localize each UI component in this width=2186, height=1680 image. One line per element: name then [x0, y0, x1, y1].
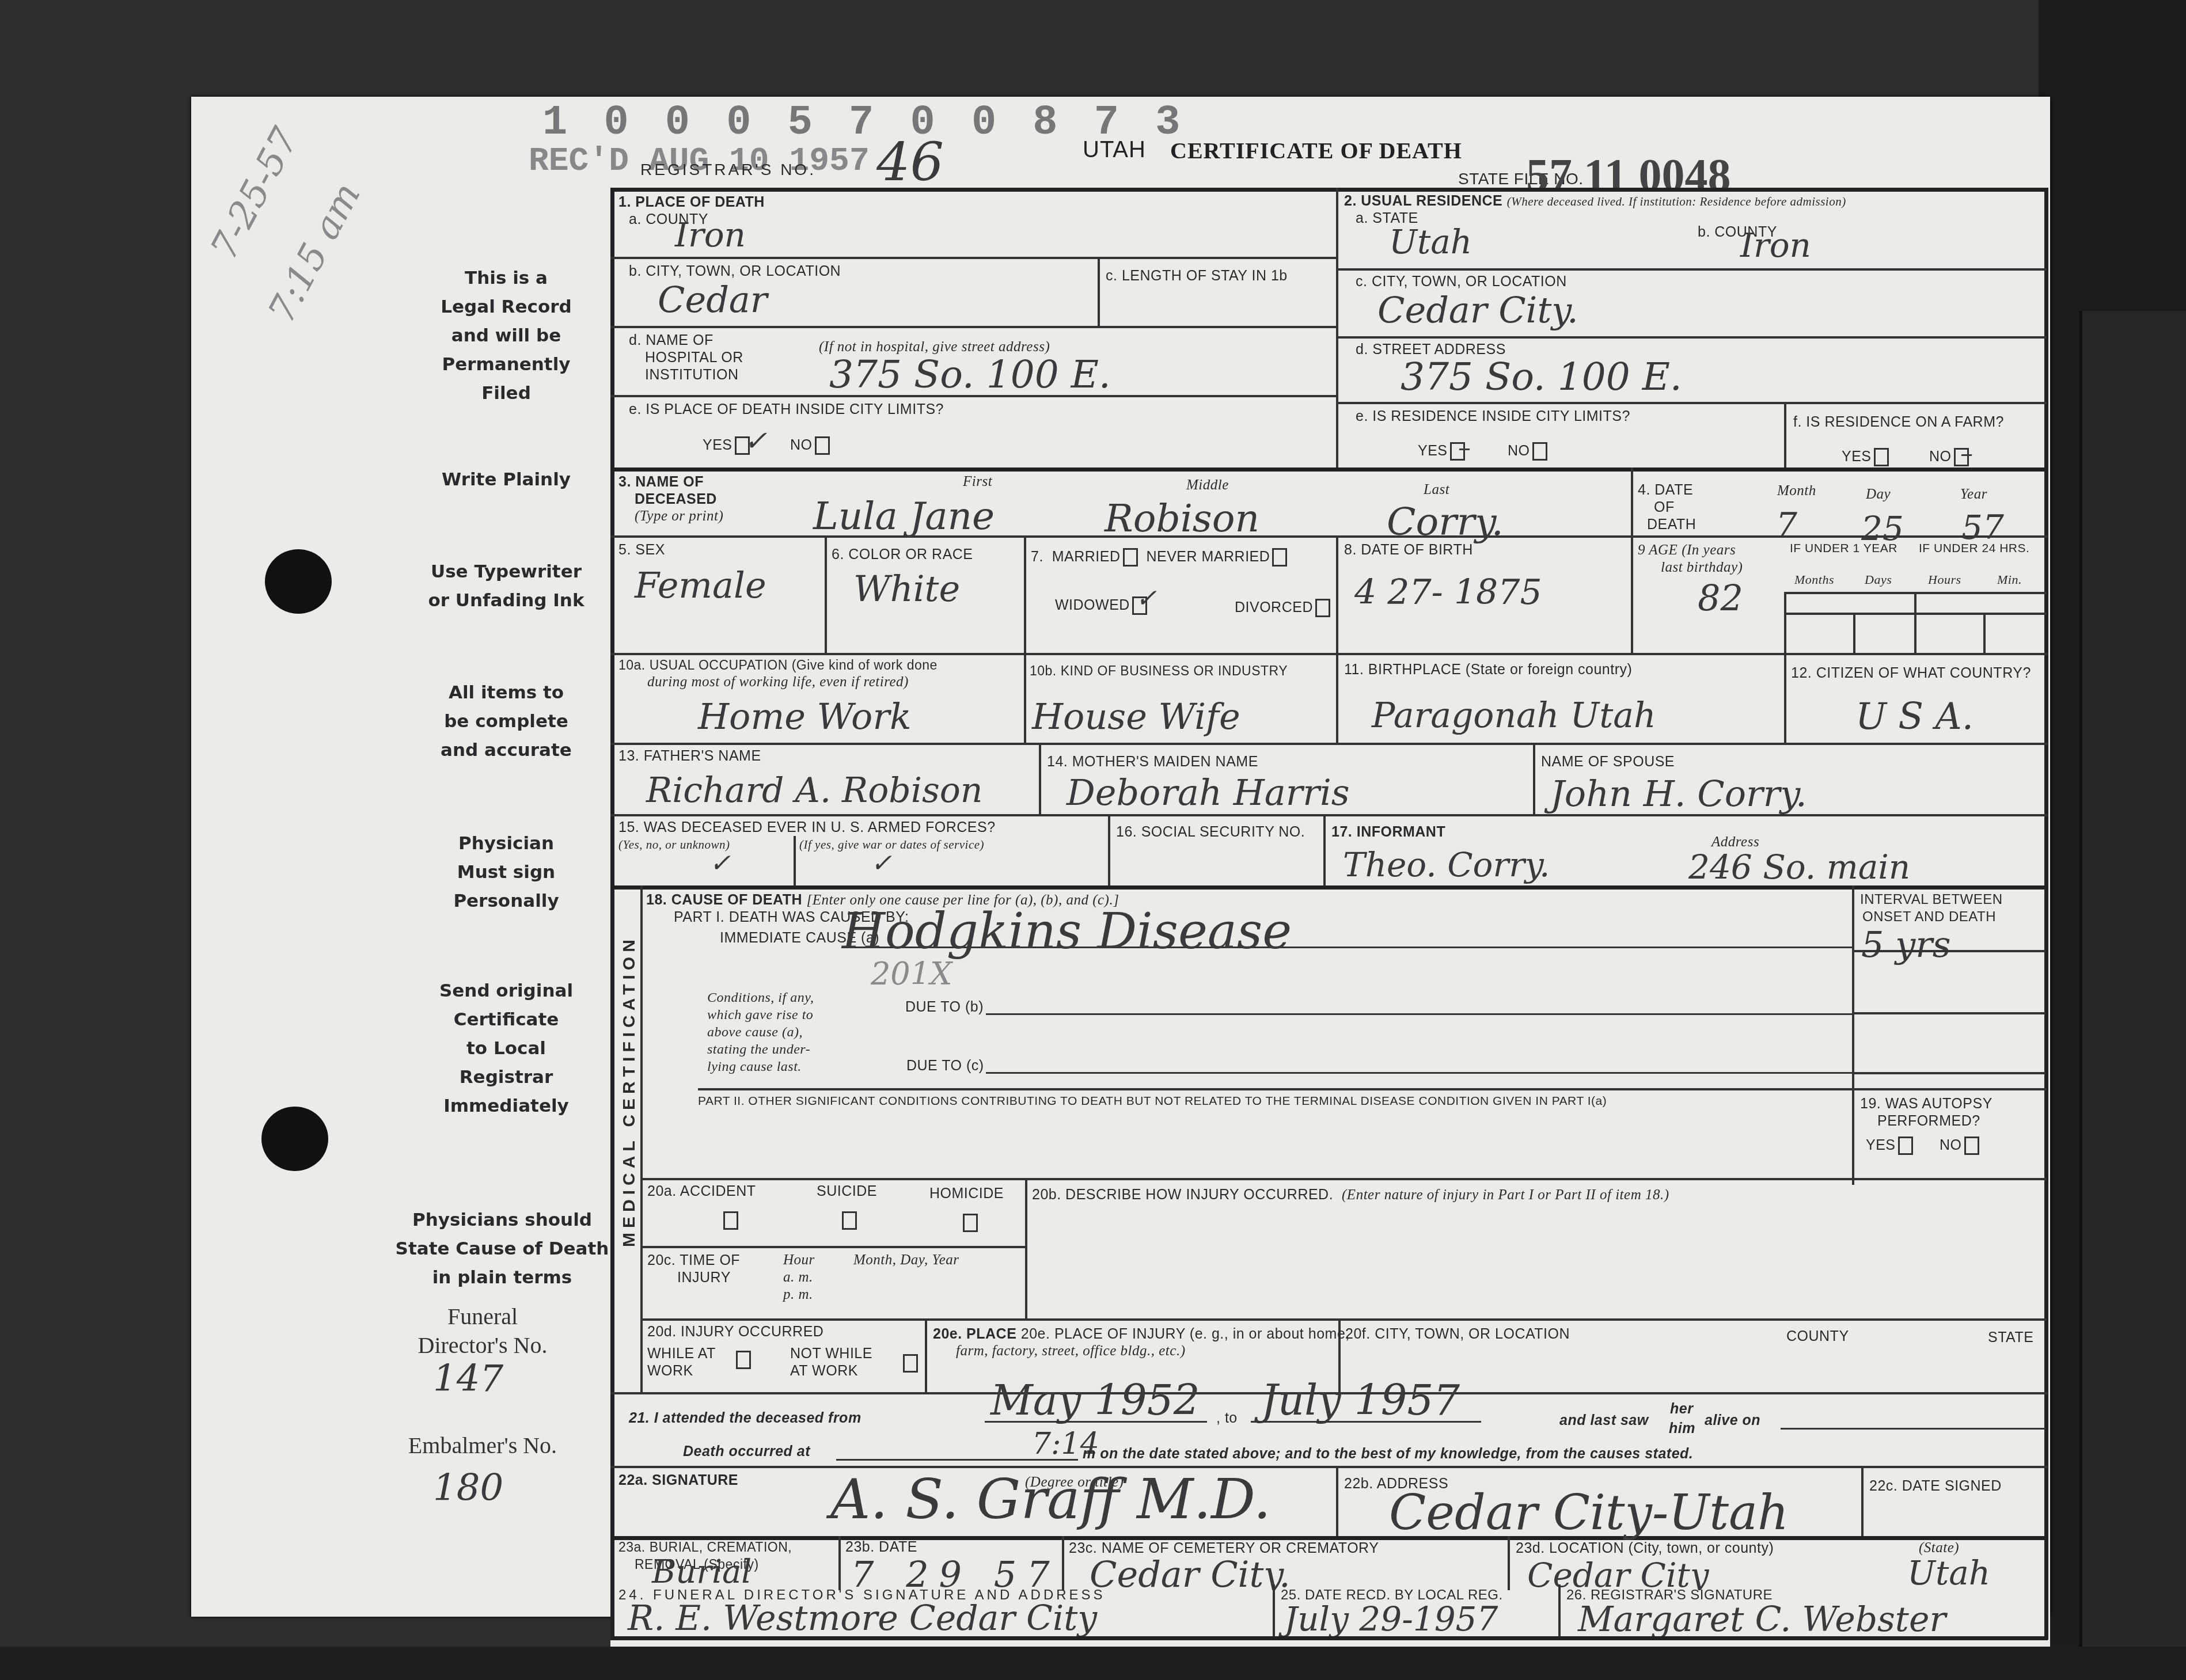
homicide-label: HOMICIDE: [929, 1185, 1004, 1202]
deceased-middle-name[interactable]: Robison: [1105, 496, 1259, 541]
min-label: Min.: [1997, 571, 2022, 588]
residence-city-value[interactable]: Cedar City.: [1377, 289, 1578, 331]
check-mark-icon: ✓: [744, 425, 767, 457]
form-border-left: [610, 188, 614, 1601]
divider: [610, 326, 1337, 328]
margin-note-physician-sign: Physician Must sign Personally: [417, 829, 595, 915]
check-mark-icon[interactable]: ✓: [709, 849, 731, 878]
divider: [610, 257, 1337, 259]
margin-note-send-original: Send original Certificate to Local Regis…: [417, 976, 595, 1120]
divider: [1533, 743, 1535, 815]
pencil-date-note: 7-25-57: [203, 121, 307, 267]
certificate-title: CERTIFICATE OF DEATH: [1170, 137, 1462, 164]
punch-hole-icon: [265, 549, 332, 614]
year-label: Year: [1960, 486, 1987, 503]
suicide-label: SUICIDE: [817, 1183, 877, 1200]
spouse-name-value[interactable]: John H. Corry.: [1550, 773, 1807, 815]
divider: [1062, 1536, 1064, 1591]
residence-farm-label: f. IS RESIDENCE ON A FARM?: [1793, 413, 2004, 431]
first-label: First: [963, 473, 992, 491]
divider: [1024, 653, 1026, 744]
date-of-birth-label: 8. DATE OF BIRTH: [1344, 541, 1473, 558]
under-1-year-label: IF UNDER 1 YEAR: [1790, 540, 1897, 557]
days-label: Days: [1865, 571, 1892, 588]
divider: [1024, 535, 1026, 653]
check-mark-icon[interactable]: ✓: [871, 849, 892, 878]
divider: [1558, 1584, 1561, 1637]
attended-label: 21. I attended the deceased from: [629, 1409, 862, 1427]
while-at-work-label: WHILE AT WORK: [647, 1345, 716, 1379]
embalmer-no: 180: [433, 1467, 503, 1510]
divider: [610, 467, 2048, 472]
scan-bottom-edge: [0, 1647, 2186, 1680]
divider: [1784, 402, 1786, 470]
divider: [794, 836, 796, 887]
divider: [1336, 1466, 1338, 1538]
due-to-b-label: DUE TO (b): [905, 998, 984, 1016]
divider: [1853, 613, 1855, 653]
mother-name-label: 14. MOTHER'S MAIDEN NAME: [1047, 753, 1258, 770]
divider: [825, 535, 827, 653]
form-border-top: [610, 188, 2048, 192]
binder-backing-edge: [2079, 311, 2186, 1680]
attended-to-value[interactable]: July 1957: [1261, 1376, 1460, 1424]
mdy-label: Month, Day, Year: [853, 1252, 959, 1269]
him-label: him: [1669, 1420, 1695, 1437]
residence-county-value[interactable]: Iron: [1740, 226, 1811, 265]
due-to-b-line[interactable]: [986, 1013, 1852, 1015]
place-of-death-label: 1. PLACE OF DEATH: [618, 193, 765, 211]
divider: [1336, 336, 2047, 339]
checkbox[interactable]: [1964, 1137, 1979, 1155]
while-at-work-checkbox[interactable]: [736, 1351, 751, 1369]
injury-county-label: COUNTY: [1786, 1328, 1849, 1345]
birthplace-label: 11. BIRTHPLACE (State or foreign country…: [1344, 661, 1632, 678]
registrar-no-label: REGISTRAR'S NO.: [640, 161, 816, 178]
industry-value[interactable]: House Wife: [1032, 695, 1240, 738]
not-while-at-work-label: NOT WHILE AT WORK: [790, 1345, 872, 1379]
funeral-director-signature[interactable]: R. E. Westmore Cedar City: [628, 1598, 1097, 1639]
her-label: her: [1670, 1400, 1693, 1417]
month-label: Month: [1777, 482, 1816, 500]
divider: [1983, 613, 1986, 653]
residence-city-limits-label: e. IS RESIDENCE INSIDE CITY LIMITS?: [1356, 408, 1630, 425]
residence-street-value[interactable]: 375 So. 100 E.: [1401, 355, 1682, 399]
divider: [1861, 1466, 1864, 1538]
industry-label: 10b. KIND OF BUSINESS OR INDUSTRY: [1030, 662, 1288, 679]
injury-occurred-label: 20d. INJURY OCCURRED: [647, 1323, 823, 1340]
checkbox[interactable]: [815, 436, 830, 455]
title-state: UTAH: [1083, 137, 1146, 163]
injury-state-label: STATE: [1988, 1329, 2033, 1346]
hospital-value[interactable]: 375 So. 100 E.: [829, 352, 1111, 397]
icd-code-pencil: 201X: [871, 956, 952, 992]
divider: [1108, 814, 1110, 887]
race-value[interactable]: White: [853, 568, 960, 610]
divider: [1039, 743, 1041, 815]
father-name-label: 13. FATHER'S NAME: [618, 747, 761, 765]
pencil-time-note: 7:15 am: [260, 176, 369, 330]
divider: [1852, 885, 1854, 1185]
race-label: 6. COLOR OR RACE: [832, 546, 973, 563]
divider: [1336, 268, 2047, 271]
homicide-checkbox[interactable]: [963, 1214, 978, 1232]
checkbox[interactable]: [1874, 448, 1889, 466]
under-24-hrs-label: IF UNDER 24 HRS.: [1919, 540, 2029, 557]
margin-note-physicians-should: Physicians should State Cause of Death i…: [387, 1206, 617, 1292]
divorced-option[interactable]: DIVORCED: [1235, 599, 1330, 617]
divider: [698, 1088, 2047, 1090]
physician-signature[interactable]: A. S. Graff M.D.: [830, 1467, 1271, 1531]
medical-certification-label: MEDICAL CERTIFICATION: [620, 935, 639, 1247]
divider: [1025, 1178, 1027, 1320]
checkbox[interactable]: [1898, 1137, 1913, 1155]
divider: [610, 743, 2048, 745]
suicide-checkbox[interactable]: [842, 1211, 857, 1230]
funeral-director-no: 147: [433, 1358, 503, 1400]
divider: [1323, 814, 1326, 887]
checkbox[interactable]: [1315, 599, 1330, 617]
place-of-injury-label: 20e. PLACE 20e. PLACE OF INJURY (e. g., …: [933, 1325, 1350, 1360]
residence-city-limits-no[interactable]: NO: [1508, 442, 1547, 461]
informant-address-value[interactable]: 246 So. main: [1688, 847, 1910, 887]
death-city-value[interactable]: Cedar: [658, 279, 767, 321]
date-signed-label: 22c. DATE SIGNED: [1869, 1477, 2002, 1495]
margin-note-typewriter: Use Typewriter or Unfading Ink: [417, 557, 595, 615]
spouse-name-label: NAME OF SPOUSE: [1541, 753, 1675, 770]
bottom-signature-strip: 24. FUNERAL DIRECTOR'S SIGNATURE AND ADD…: [610, 1590, 2050, 1648]
divider: [1914, 592, 1916, 653]
deceased-last-name[interactable]: Corry.: [1387, 500, 1504, 544]
dash-mark-icon: –: [1960, 439, 1973, 468]
divider: [1852, 950, 2045, 952]
divider: [1273, 1584, 1275, 1637]
deceased-name-label: 3. NAME OF DECEASED (Type or print): [618, 473, 723, 525]
day-label: Day: [1866, 486, 1891, 503]
occupation-value[interactable]: Home Work: [698, 695, 912, 738]
divider: [640, 1178, 2047, 1180]
interval-label: INTERVAL BETWEEN ONSET AND DEATH: [1860, 891, 2003, 926]
father-name-value[interactable]: Richard A. Robison: [646, 770, 982, 811]
checkbox[interactable]: [1272, 548, 1287, 567]
due-to-c-line[interactable]: [986, 1072, 1852, 1074]
divider: [1852, 1012, 2045, 1014]
accident-label: 20a. ACCIDENT: [647, 1183, 756, 1200]
due-to-c-label: DUE TO (c): [906, 1057, 984, 1074]
form-border-left: [610, 1584, 614, 1640]
burial-value[interactable]: Burial: [652, 1553, 752, 1591]
birthplace-value[interactable]: Paragonah Utah: [1372, 695, 1656, 736]
funeral-director-no-label: Funeral Director's No.: [390, 1302, 575, 1360]
dash-mark-icon: –: [1458, 433, 1471, 462]
time-of-injury-label: 20c. TIME OF INJURY: [647, 1252, 740, 1286]
divider: [1336, 535, 1338, 744]
death-certificate-page: 7-25-57 7:15 am This is a Legal Record a…: [191, 97, 2050, 1617]
autopsy-no[interactable]: NO: [1940, 1137, 1979, 1155]
residence-farm-yes[interactable]: YES: [1842, 448, 1889, 466]
part2-label: PART II. OTHER SIGNIFICANT CONDITIONS CO…: [698, 1093, 1607, 1110]
injury-city-label: 20f. CITY, TOWN, OR LOCATION: [1345, 1325, 1570, 1343]
punch-hole-icon: [261, 1107, 328, 1171]
months-label: Months: [1794, 571, 1834, 588]
divider: [640, 1246, 1026, 1248]
signature-label: 22a. SIGNATURE: [618, 1472, 738, 1489]
alive-on-label: alive on: [1705, 1412, 1760, 1429]
divider: [1098, 257, 1100, 326]
death-month[interactable]: 7: [1776, 505, 1797, 545]
marital-status-label: 7. MARRIED NEVER MARRIED: [1031, 548, 1287, 567]
immediate-cause-value[interactable]: Hodgkins Disease: [842, 903, 1292, 960]
informant-value[interactable]: Theo. Corry.: [1343, 845, 1550, 884]
form-border-bottom: [610, 1636, 2048, 1640]
burial-location-label: 23d. LOCATION (City, town, or county): [1516, 1540, 1774, 1557]
citizen-value[interactable]: U S A.: [1855, 695, 1974, 738]
last-saw-label: and last saw: [1559, 1412, 1649, 1429]
not-while-at-work-checkbox[interactable]: [903, 1354, 918, 1373]
sex-value[interactable]: Female: [635, 564, 766, 606]
residence-state-value[interactable]: Utah: [1389, 222, 1472, 261]
age-label: 9 AGE (In years last birthday): [1638, 541, 1743, 576]
divider: [1336, 188, 1338, 470]
embalmer-no-label: Embalmer's No.: [390, 1431, 575, 1460]
hour-label: Hour a. m. p. m.: [783, 1252, 815, 1303]
occupation-label: 10a. USUAL OCCUPATION (Give kind of work…: [618, 656, 938, 691]
last-label: Last: [1424, 481, 1449, 499]
residence-city-label: c. CITY, TOWN, OR LOCATION: [1356, 273, 1567, 290]
divider: [640, 885, 643, 1392]
cemetery-value[interactable]: Cedar City.: [1090, 1553, 1291, 1595]
mother-name-value[interactable]: Deborah Harris: [1067, 771, 1350, 814]
armed-forces-label: 15. WAS DECEASED EVER IN U. S. ARMED FOR…: [618, 819, 996, 836]
age-value[interactable]: 82: [1698, 577, 1743, 619]
informant-label: 17. INFORMANT: [1331, 823, 1445, 841]
ssn-label: 16. SOCIAL SECURITY NO.: [1116, 823, 1305, 841]
margin-note-legal-record: This is a Legal Record and will be Perma…: [417, 264, 595, 408]
death-city-limits-no[interactable]: NO: [790, 436, 830, 455]
physician-address-value[interactable]: Cedar City-Utah: [1389, 1484, 1789, 1541]
death-county-value[interactable]: Iron: [675, 215, 746, 254]
death-occurred-label: Death occurred at: [683, 1443, 810, 1460]
death-city-limits-yes[interactable]: YES: [703, 436, 750, 455]
to-label: , to: [1216, 1409, 1238, 1427]
margin-note-complete: All items to be complete and accurate: [417, 678, 595, 765]
attended-from-line: [985, 1421, 1207, 1423]
form-border-right: [2044, 188, 2048, 1601]
autopsy-label: 19. WAS AUTOPSY PERFORMED?: [1860, 1095, 1993, 1130]
checkbox[interactable]: [1123, 548, 1138, 567]
check-mark-icon: ✓: [1136, 584, 1157, 613]
autopsy-yes[interactable]: YES: [1866, 1137, 1913, 1155]
usual-residence-label: 2. USUAL RESIDENCE (Where deceased lived…: [1344, 192, 1846, 210]
middle-label: Middle: [1186, 477, 1229, 494]
divider: [610, 1466, 2048, 1468]
checkbox[interactable]: [1532, 442, 1547, 461]
divider: [838, 1536, 841, 1591]
divider: [1508, 1536, 1510, 1591]
attended-to-line: [1251, 1421, 1481, 1423]
divider: [610, 814, 2048, 816]
date-of-death-label: 4. DATE OF DEATH: [1638, 481, 1696, 533]
divider: [925, 1318, 927, 1393]
divider: [1631, 467, 1633, 653]
burial-state-value[interactable]: Utah: [1907, 1553, 1990, 1592]
describe-injury-label: 20b. DESCRIBE HOW INJURY OCCURRED. (Ente…: [1032, 1186, 1669, 1204]
margin-note-write-plainly: Write Plainly: [417, 465, 595, 494]
date-of-birth-value[interactable]: 4 27- 1875: [1354, 572, 1542, 613]
hours-label: Hours: [1928, 571, 1961, 588]
length-of-stay-label: c. LENGTH OF STAY IN 1b: [1106, 267, 1288, 284]
sex-label: 5. SEX: [618, 541, 665, 558]
deceased-first-name[interactable]: Lula Jane: [813, 494, 995, 538]
widowed-option[interactable]: WIDOWED: [1055, 596, 1147, 615]
divider: [640, 1318, 2047, 1321]
death-city-limits-label: e. IS PLACE OF DEATH INSIDE CITY LIMITS?: [629, 401, 944, 418]
death-statement: m on the date stated above; and to the b…: [1083, 1445, 1693, 1462]
attended-from-value[interactable]: May 1952: [990, 1376, 1200, 1424]
citizen-label: 12. CITIZEN OF WHAT COUNTRY?: [1791, 664, 2031, 682]
divider: [610, 653, 2048, 655]
death-city-label: b. CITY, TOWN, OR LOCATION: [629, 263, 841, 280]
divider: [1336, 402, 2047, 404]
date-recd-value[interactable]: July 29-1957: [1284, 1599, 1498, 1639]
registrar-signature[interactable]: Margaret C. Webster: [1578, 1599, 1946, 1640]
interval-value[interactable]: 5 yrs: [1861, 923, 1951, 966]
conditions-hint: Conditions, if any, which gave rise to a…: [707, 989, 814, 1075]
form-border-right: [2044, 1584, 2048, 1640]
divider: [1852, 1072, 2045, 1074]
registrar-no: 46: [876, 131, 944, 193]
alive-on-line[interactable]: [1781, 1428, 2045, 1430]
hospital-label: d. NAME OF HOSPITAL OR INSTITUTION: [629, 332, 743, 383]
accident-checkbox[interactable]: [723, 1211, 738, 1230]
